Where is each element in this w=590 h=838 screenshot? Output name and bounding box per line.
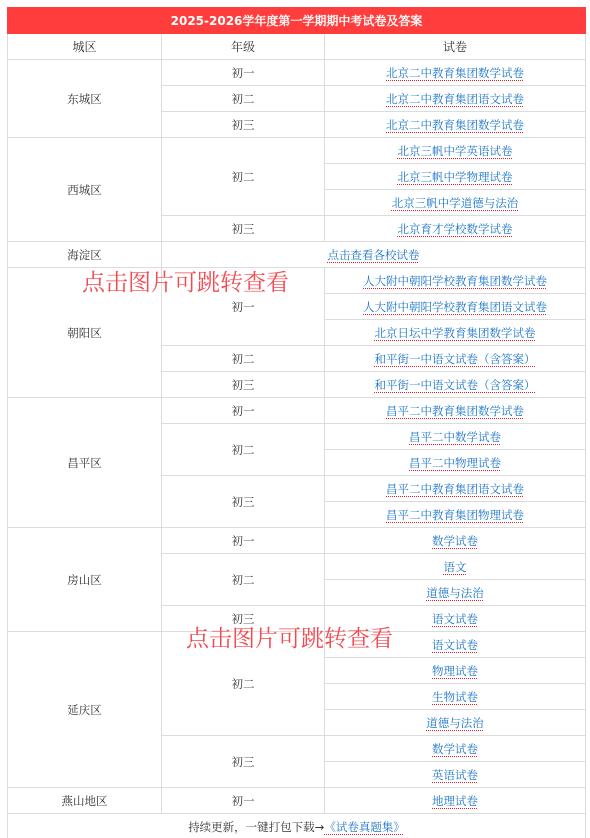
- paper-link[interactable]: 北京二中教育集团语文试卷: [386, 92, 524, 106]
- paper-link[interactable]: 人大附中朝阳学校教育集团语文试卷: [363, 300, 547, 314]
- header-district: 城区: [8, 34, 162, 60]
- grade-cell: 初三: [162, 476, 325, 528]
- grade-cell: 初二: [162, 138, 325, 216]
- paper-link[interactable]: 道德与法治: [426, 716, 484, 730]
- district-cell: 东城区: [8, 60, 162, 138]
- grade-cell: 初三: [162, 736, 325, 788]
- table-title: 2025-2026学年度第一学期期中考试卷及答案: [8, 8, 586, 34]
- grade-cell: 初一: [162, 788, 325, 814]
- table-footer-row: 持续更新，一键打包下载→《试卷真题集》: [8, 814, 586, 838]
- download-collection-link[interactable]: 《试卷真题集》: [324, 820, 405, 834]
- footer-text: 持续更新，一键打包下载→: [188, 820, 324, 834]
- table-title-row: 2025-2026学年度第一学期期中考试卷及答案: [8, 8, 586, 34]
- footer-cell: 持续更新，一键打包下载→《试卷真题集》: [8, 814, 586, 838]
- exam-table-container: 2025-2026学年度第一学期期中考试卷及答案 城区 年级 试卷 东城区 初一…: [7, 7, 585, 838]
- header-grade: 年级: [162, 34, 325, 60]
- table-row: 海淀区 点击查看各校试卷: [8, 242, 586, 268]
- paper-link[interactable]: 北京二中教育集团数学试卷: [386, 66, 524, 80]
- paper-link[interactable]: 人大附中朝阳学校教育集团数学试卷: [363, 274, 547, 288]
- grade-cell: 初三: [162, 216, 325, 242]
- grade-cell: 初一: [162, 528, 325, 554]
- paper-link[interactable]: 物理试卷: [432, 664, 478, 678]
- table-row: 燕山地区 初一 地理试卷: [8, 788, 586, 814]
- paper-link[interactable]: 和平街一中语文试卷（含答案）: [375, 352, 536, 366]
- view-all-schools-link[interactable]: 点击查看各校试卷: [328, 248, 420, 262]
- paper-link[interactable]: 语文试卷: [432, 638, 478, 652]
- exam-papers-table: 2025-2026学年度第一学期期中考试卷及答案 城区 年级 试卷 东城区 初一…: [7, 7, 586, 838]
- grade-cell: 初一: [162, 398, 325, 424]
- paper-link[interactable]: 昌平二中教育集团语文试卷: [386, 482, 524, 496]
- paper-link[interactable]: 昌平二中教育集团物理试卷: [386, 508, 524, 522]
- paper-link[interactable]: 语文试卷: [432, 612, 478, 626]
- district-cell: 昌平区: [8, 398, 162, 528]
- grade-cell: 初三: [162, 112, 325, 138]
- paper-link[interactable]: 昌平二中数学试卷: [409, 430, 501, 444]
- paper-link[interactable]: 和平街一中语文试卷（含答案）: [375, 378, 536, 392]
- paper-link[interactable]: 道德与法治: [426, 586, 484, 600]
- grade-cell: 初二: [162, 86, 325, 112]
- paper-link[interactable]: 北京三帆中学物理试卷: [398, 170, 513, 184]
- paper-link[interactable]: 北京日坛中学教育集团数学试卷: [375, 326, 536, 340]
- grade-cell: 初二: [162, 346, 325, 372]
- paper-link[interactable]: 地理试卷: [432, 794, 478, 808]
- click-image-overlay-text[interactable]: 点击图片可跳转查看: [82, 270, 289, 296]
- header-paper: 试卷: [325, 34, 586, 60]
- table-row: 房山区 初一 数学试卷: [8, 528, 586, 554]
- paper-link[interactable]: 数学试卷: [432, 742, 478, 756]
- table-row: 东城区 初一 北京二中教育集团数学试卷: [8, 60, 586, 86]
- paper-link[interactable]: 昌平二中物理试卷: [409, 456, 501, 470]
- paper-link[interactable]: 数学试卷: [432, 534, 478, 548]
- grade-cell: 初三: [162, 372, 325, 398]
- paper-link[interactable]: 生物试卷: [432, 690, 478, 704]
- district-cell: 房山区: [8, 528, 162, 632]
- district-cell: 延庆区: [8, 632, 162, 788]
- paper-link[interactable]: 英语试卷: [432, 768, 478, 782]
- grade-cell: 初二: [162, 424, 325, 476]
- paper-link[interactable]: 北京三帆中学道德与法治: [392, 196, 519, 210]
- click-image-overlay-text[interactable]: 点击图片可跳转查看: [186, 626, 393, 652]
- district-cell: 燕山地区: [8, 788, 162, 814]
- table-header-row: 城区 年级 试卷: [8, 34, 586, 60]
- grade-cell: 初一: [162, 60, 325, 86]
- paper-link[interactable]: 语文: [444, 560, 467, 574]
- paper-link[interactable]: 北京二中教育集团数学试卷: [386, 118, 524, 132]
- district-cell: 西城区: [8, 138, 162, 242]
- grade-cell: 初二: [162, 554, 325, 606]
- table-row: 昌平区 初一 昌平二中教育集团数学试卷: [8, 398, 586, 424]
- table-row: 西城区 初二 北京三帆中学英语试卷: [8, 138, 586, 164]
- paper-link[interactable]: 北京三帆中学英语试卷: [398, 144, 513, 158]
- paper-link[interactable]: 北京育才学校数学试卷: [398, 222, 513, 236]
- paper-link[interactable]: 昌平二中教育集团数学试卷: [386, 404, 524, 418]
- district-cell: 海淀区: [8, 242, 162, 268]
